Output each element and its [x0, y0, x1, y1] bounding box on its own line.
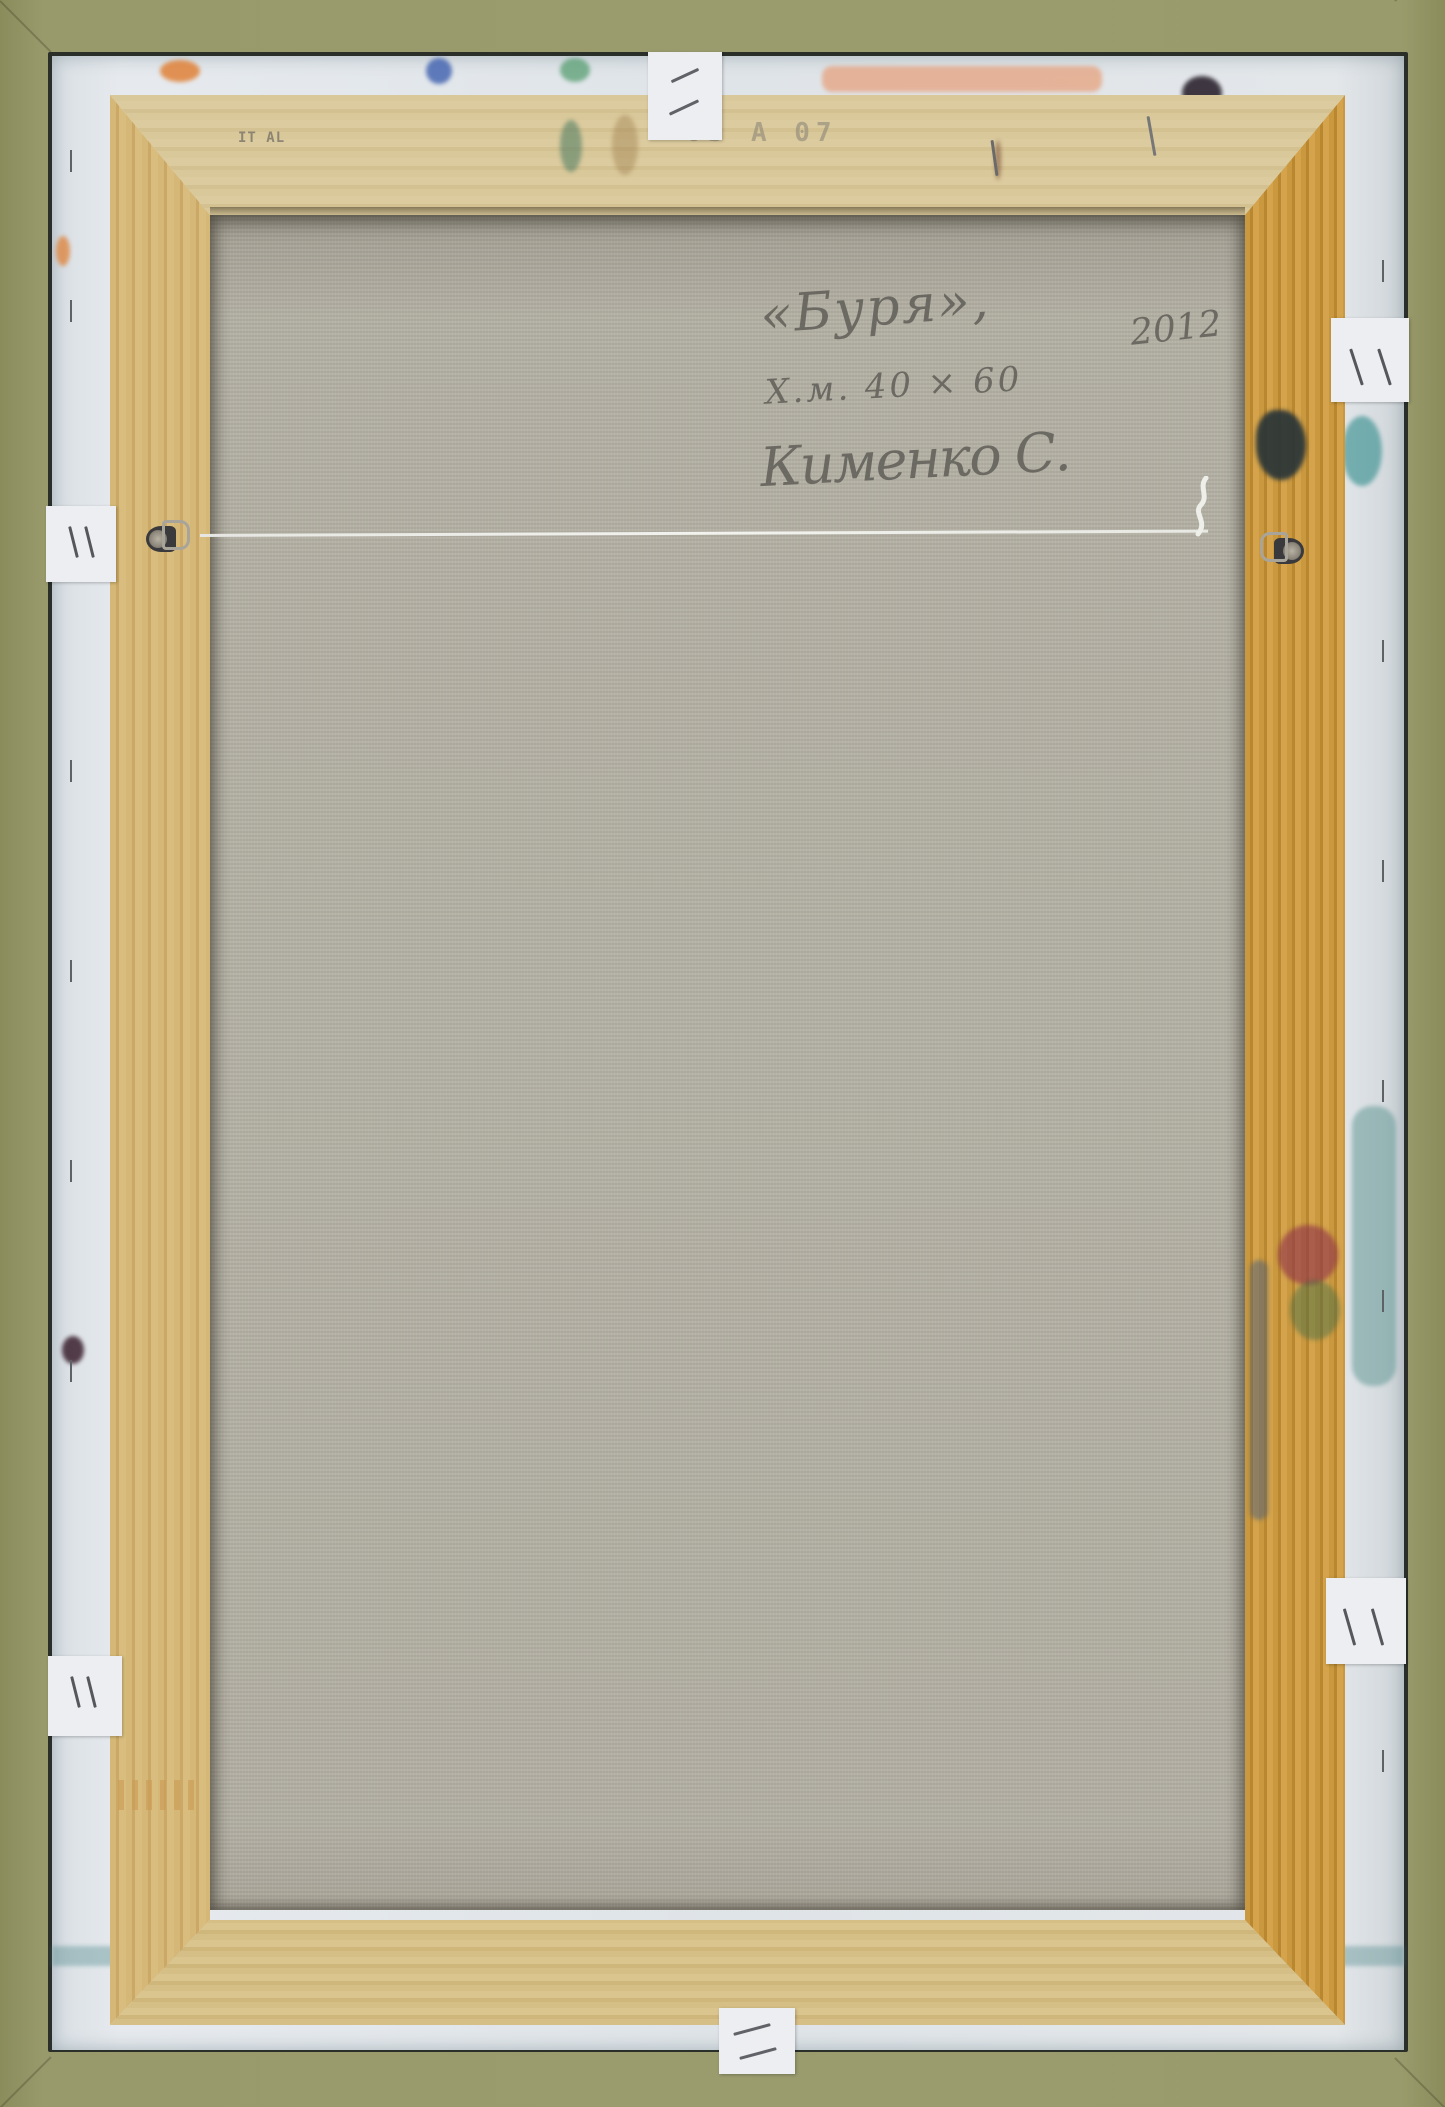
stretcher-bar-top — [110, 95, 1345, 215]
d-ring-hanger-right — [1260, 530, 1304, 566]
pencil-inscription: «Буря», 2012 Х.м. 40 × 60 Кименко С. — [740, 258, 1260, 518]
paper-tab-left-upper — [46, 506, 116, 582]
paint-smudge — [1342, 416, 1382, 486]
paint-smudge — [822, 66, 1102, 92]
paint-smudge — [560, 58, 590, 82]
artwork-year: 2012 — [1128, 303, 1223, 353]
lumber-stamp: IT AL — [238, 130, 285, 146]
paint-smudge — [62, 1336, 84, 1364]
paint-smudge — [560, 120, 582, 172]
paper-tab-top — [648, 52, 722, 140]
paint-smudge — [1278, 1225, 1338, 1285]
staple — [70, 1360, 72, 1382]
artist-signature: Кименко С. — [759, 420, 1071, 499]
paint-smudge — [1250, 1260, 1268, 1520]
artwork-title: «Буря», — [758, 270, 992, 346]
d-ring-hanger-left — [146, 518, 190, 554]
paint-smudge — [56, 236, 70, 266]
paint-smudge — [1290, 1280, 1340, 1340]
stretcher-bar-right — [1245, 95, 1345, 2025]
paper-tab-left-lower — [48, 1656, 122, 1736]
staple — [70, 760, 72, 782]
paint-smudge — [1256, 410, 1306, 480]
staple — [1382, 1750, 1384, 1772]
paint-smudge — [160, 60, 200, 82]
paint-smudge — [426, 58, 452, 84]
paint-smudge — [1352, 1106, 1396, 1386]
paper-tab-right-lower — [1326, 1578, 1406, 1664]
staple — [1382, 1290, 1384, 1312]
staple — [1382, 1080, 1384, 1102]
stretcher-bar-left — [110, 95, 210, 2025]
staple — [70, 300, 72, 322]
paper-tab-right-upper — [1331, 318, 1409, 402]
staple — [1382, 260, 1384, 282]
staple — [1382, 860, 1384, 882]
staple — [70, 150, 72, 172]
artwork-medium-size: Х.м. 40 × 60 — [764, 359, 1023, 412]
finger-joint — [118, 1780, 202, 1810]
wire-knot — [1192, 476, 1216, 538]
paint-smudge — [612, 115, 638, 175]
canvas-back-photo: IT AL 03 A 07 «Буря», 2012 Х.м. 40 × 60 … — [0, 0, 1445, 2107]
staple — [70, 1160, 72, 1182]
staple — [70, 960, 72, 982]
paper-tab-bottom — [719, 2008, 795, 2074]
staple — [1382, 640, 1384, 662]
